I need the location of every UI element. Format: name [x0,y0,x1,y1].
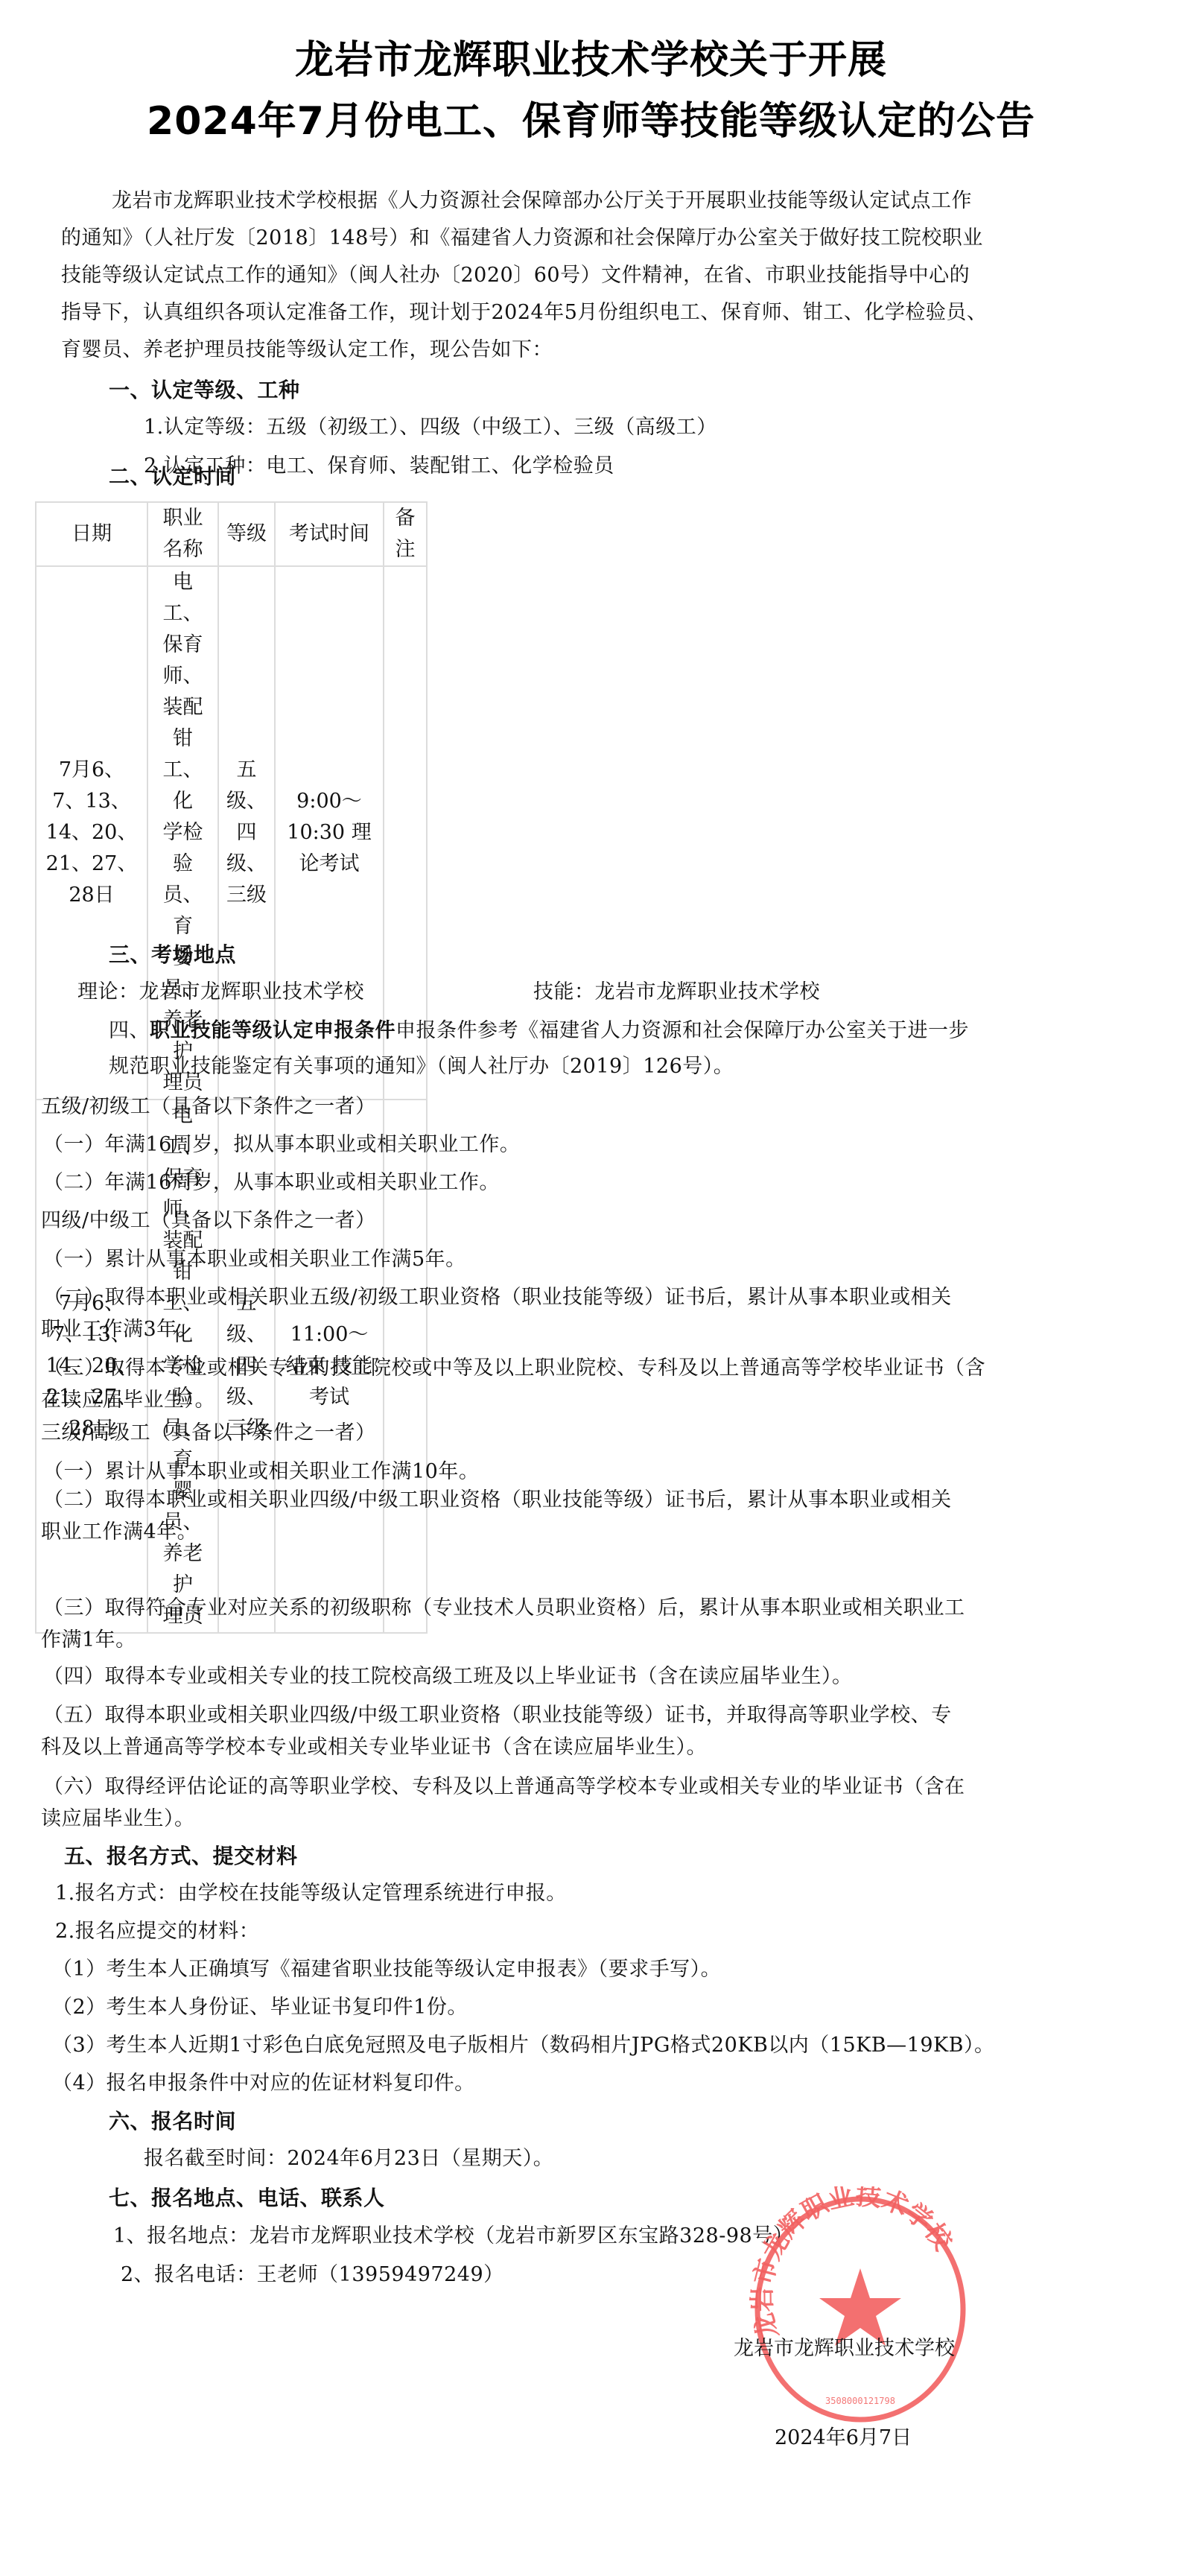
section4-heading: 职业技能等级认定申报条件 [150,1019,395,1042]
signup-location: 1、报名地点：龙岩市龙辉职业技术学校（龙岩市新罗区东宝路328-98号） [113,2226,793,2246]
signature-org: 龙岩市龙辉职业技术学校 [734,2332,955,2361]
notice-title-line2: 2024年7月份电工、保育师等技能等级认定的公告 [0,89,1182,145]
intro-line-3: 技能等级认定试点工作的通知》（闽人社办〔2020〕60号）文件精神，在省、市职业… [61,265,970,285]
level5-item: （二）年满16周岁，从事本职业或相关职业工作。 [43,1173,500,1193]
level3-item: （二）取得本职业或相关职业四级/中级工职业资格（职业技能等级）证书后，累计从事本… [43,1490,952,1510]
section4-line2: 规范职业技能鉴定有关事项的通知》（闽人社厅办〔2019〕126号）。 [109,1056,734,1076]
schedule-header-row: 日期 职业名称 等级 考试时间 备注 [36,502,427,566]
material-item: （1）考生本人正确填写《福建省职业技能等级认定申报表》（要求手写）。 [52,1959,721,1979]
svg-text:3508000121798: 3508000121798 [825,2396,895,2406]
level5-item: （一）年满16周岁，拟从事本职业或相关职业工作。 [43,1135,520,1155]
level3-item: 读应届毕业生）。 [41,1809,195,1829]
section2-heading: 二、认定时间 [109,466,236,487]
header-level: 等级 [218,502,275,566]
signup-method: 1.报名方式：由学校在技能等级认定管理系统进行申报。 [55,1883,567,1903]
intro-line-2: 的通知》（人社厅发〔2018〕148号）和《福建省人力资源和社会保障厅办公室关于… [61,228,983,248]
level3-item: （三）取得符合专业对应关系的初级职称（专业技术人员职业资格）后，累计从事本职业或… [43,1598,965,1618]
material-item: （4）报名申报条件中对应的佐证材料复印件。 [52,2073,475,2093]
signup-phone: 2、报名电话：王老师（13959497249） [121,2265,504,2285]
section6-heading: 六、报名时间 [109,2111,236,2132]
section4-prefix: 四、 [109,1019,150,1042]
level3-item: （六）取得经评估论证的高等职业学校、专科及以上普通高等学校本专业或相关专业的毕业… [43,1777,965,1797]
exam-site-theory: 理论：龙岩市龙辉职业技术学校 [77,982,364,1002]
level3-item: 科及以上普通高等学校本专业或相关专业毕业证书（含在读应届毕业生）。 [41,1737,707,1757]
level3-item: 职业工作满4年。 [41,1522,197,1542]
level4-item: （二）取得本职业或相关职业五级/初级工职业资格（职业技能等级）证书后，累计从事本… [43,1287,952,1307]
signature-date: 2024年6月7日 [775,2421,912,2450]
level3-item: （五）取得本职业或相关职业四级/中级工职业资格（职业技能等级）证书，并取得高等职… [43,1705,952,1725]
notice-title-line1: 龙岩市龙辉职业技术学校关于开展 [0,28,1182,84]
intro-line-5: 育婴员、养老护理员技能等级认定工作，现公告如下： [61,340,553,360]
section1-heading: 一、认定等级、工种 [109,380,300,401]
intro-line-4: 指导下，认真组织各项认定准备工作，现计划于2024年5月份组织电工、保育师、钳工… [61,302,987,323]
level4-item: （一）累计从事本职业或相关职业工作满5年。 [43,1249,466,1269]
level4-title: 四级/中级工（具备以下条件之一者） [41,1211,376,1231]
official-seal: 龙岩市龙辉职业技术学校 3508000121798 [749,2186,972,2425]
section5-heading: 五、报名方式、提交材料 [64,1846,298,1867]
level4-item: 职业工作满3年。 [41,1319,197,1339]
header-date: 日期 [36,502,147,566]
level5-title: 五级/初级工（具备以下条件之一者） [41,1097,376,1117]
level3-item: （一）累计从事本职业或相关职业工作满10年。 [43,1462,479,1482]
material-item: （3）考生本人近期1寸彩色白底免冠照及电子版相片（数码相片JPG格式20KB以内… [52,2035,995,2055]
section3-heading: 三、考场地点 [109,945,236,965]
signup-deadline: 报名截至时间：2024年6月23日（星期天）。 [144,2148,553,2169]
level4-item: 在读应届毕业生）。 [41,1390,215,1410]
level3-title: 三级/高级工（具备以下条件之一者） [41,1423,376,1443]
level3-item: （四）取得本专业或相关专业的技工院校高级工班及以上毕业证书（含在读应届毕业生）。 [43,1666,853,1687]
section4-line1: 四、职业技能等级认定申报条件申报条件参考《福建省人力资源和社会保障厅办公室关于进… [109,1021,969,1041]
section7-heading: 七、报名地点、电话、联系人 [109,2188,385,2209]
intro-line-1: 龙岩市龙辉职业技术学校根据《人力资源社会保障部办公厅关于开展职业技能等级认定试点… [112,191,972,211]
level3-item: 作满1年。 [41,1630,136,1650]
material-item: （2）考生本人身份证、毕业证书复印件1份。 [52,1997,468,2017]
level4-item: （三）取得本专业或相关专业的技工院校或中等及以上职业院校、专科及以上普通高等学校… [43,1358,985,1378]
header-note: 备注 [384,502,427,566]
materials-title: 2.报名应提交的材料： [55,1921,259,1941]
header-exam-time: 考试时间 [275,502,384,566]
section1-item-levels: 1.认定等级：五级（初级工）、四级（中级工）、三级（高级工） [144,417,717,437]
seal-icon: 龙岩市龙辉职业技术学校 3508000121798 [749,2186,972,2425]
header-job: 职业名称 [147,502,218,566]
section4-text: 申报条件参考《福建省人力资源和社会保障厅办公室关于进一步 [395,1019,969,1042]
exam-site-skill: 技能：龙岩市龙辉职业技术学校 [533,982,820,1002]
